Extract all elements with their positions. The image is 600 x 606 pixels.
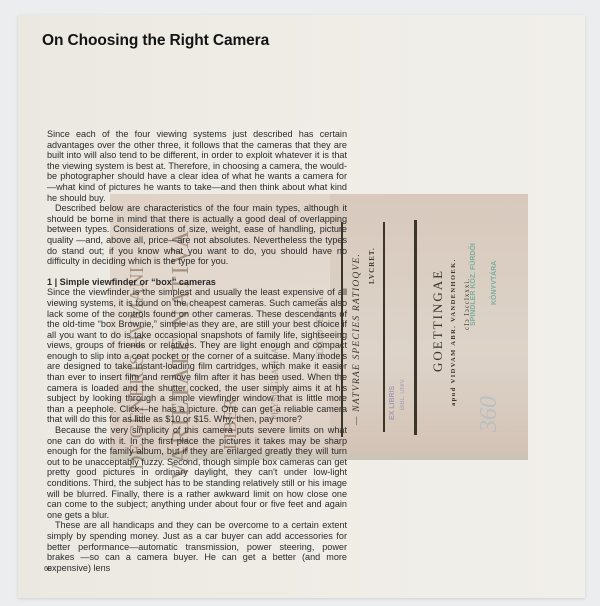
imprint-text: apud VIDVAM ABR. VANDENHOEK. [450, 258, 457, 406]
library-stamp-line-1: SPINDLER KÖZ. FÜRDŐI [470, 243, 477, 326]
article-body: Since each of the four viewing systems j… [47, 129, 347, 573]
place-name: GOETTINGAE [430, 269, 446, 372]
purple-stamp-line-1: EX LIBRIS [389, 386, 396, 420]
section-paragraph-2: Because the very simplicity of this came… [47, 425, 347, 520]
motto-author: LVCRET. [368, 247, 376, 284]
section-heading: 1 | Simple viewfinder or “box” cameras [47, 277, 347, 288]
section-paragraph-3: These are all handicaps and they can be … [47, 520, 347, 573]
rule-line-3-thick [414, 220, 417, 435]
handwritten-number: 360 [476, 396, 503, 432]
page-title: On Choosing the Right Camera [42, 32, 269, 50]
library-stamp-line-2: KÖNYVTÁRA [491, 261, 498, 305]
paragraph-1: Since each of the four viewing systems j… [47, 129, 347, 203]
motto-text: — NATVRAE SPECIES RATIOQVE. [352, 253, 362, 425]
purple-stamp-line-2: BIBL. UNIV. [400, 378, 406, 410]
section-paragraph-1: Since the viewfinder is the simplest and… [47, 287, 347, 425]
paragraph-2: Described below are characteristics of t… [47, 203, 347, 267]
rule-line-1 [341, 222, 343, 437]
rule-line-2 [383, 222, 385, 432]
